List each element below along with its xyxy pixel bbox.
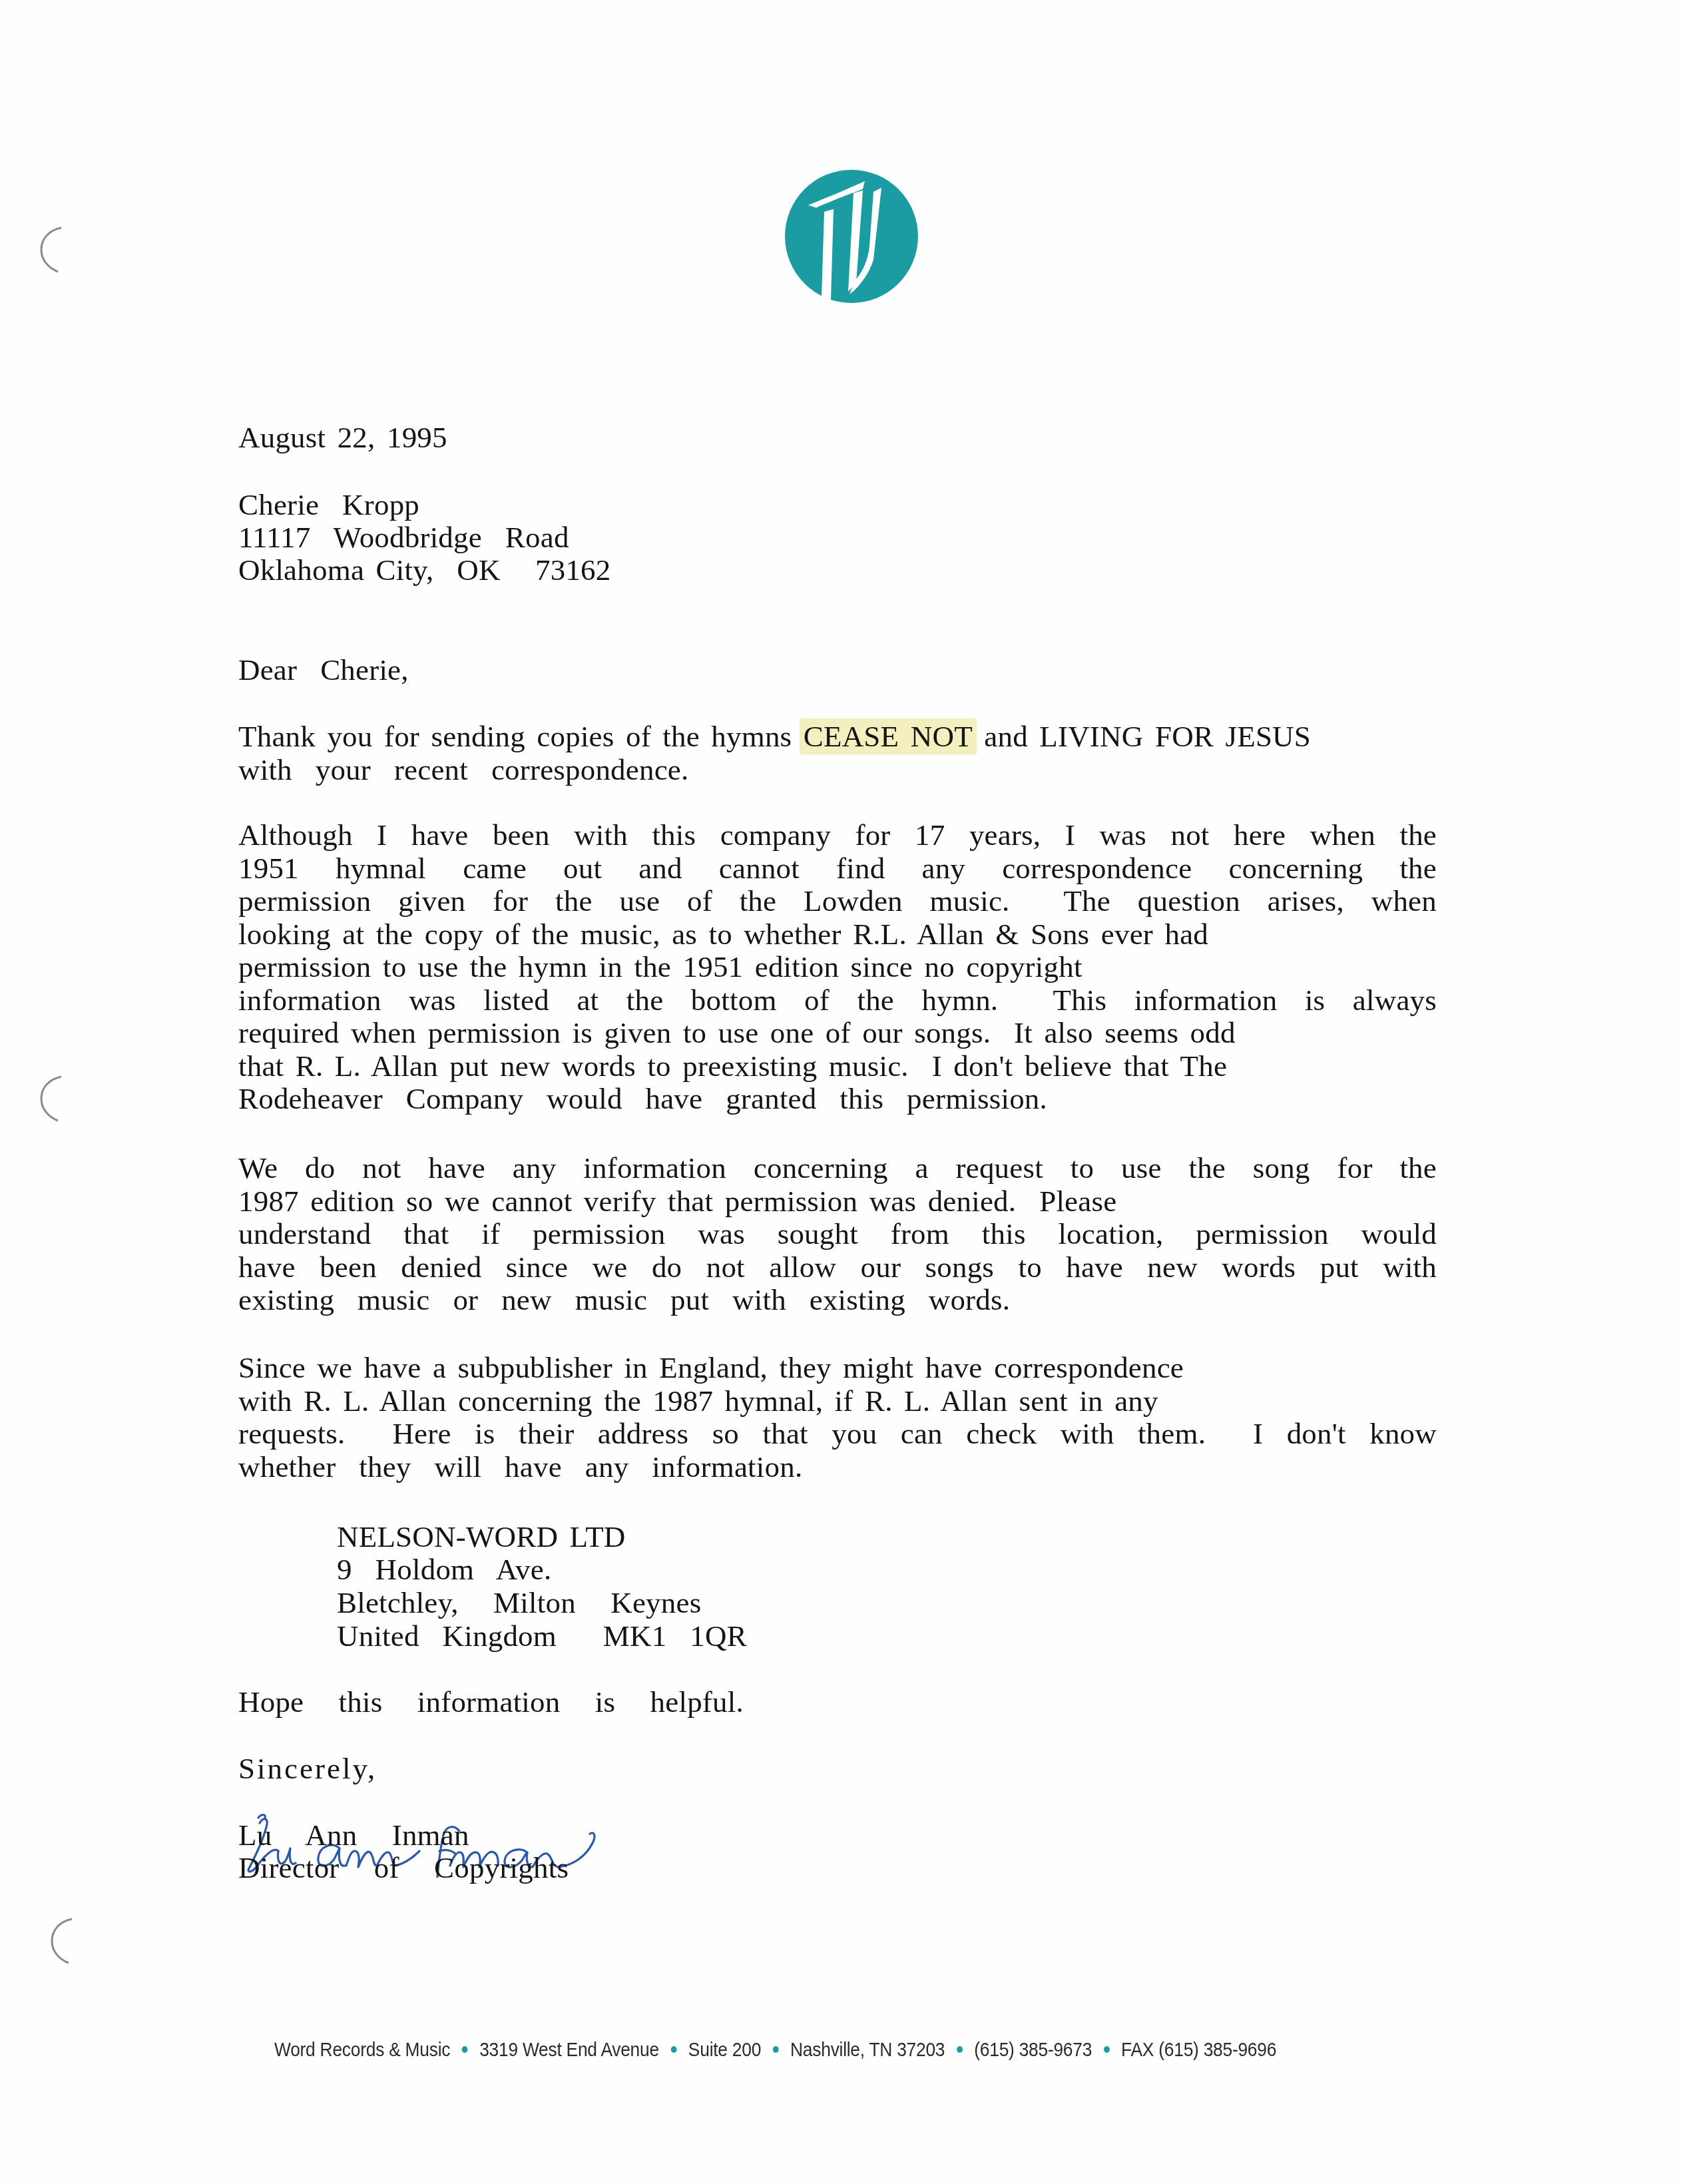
footer-city: Nashville, TN 37203 (790, 2039, 945, 2061)
subpublisher-country: United Kingdom MK1 1QR (337, 1619, 747, 1653)
letterhead-footer: Word Records & Music3319 West End Avenue… (274, 2039, 1276, 2061)
paragraph-1-line: Thank you for sending copies of the hymn… (238, 720, 1311, 753)
subpublisher-city: Bletchley, Milton Keynes (337, 1586, 701, 1619)
paragraph-3-line: existing music or new music put with exi… (238, 1283, 1010, 1316)
footer-street: 3319 West End Avenue (479, 2039, 659, 2061)
paragraph-2-line: permission given for the use of the Lowd… (238, 884, 1437, 918)
paragraph-2-line: permission to use the hymn in the 1951 e… (238, 950, 1082, 983)
salutation: Dear Cherie, (238, 653, 409, 686)
paragraph-2-line: 1951 hymnal came out and cannot find any… (238, 852, 1437, 885)
recipient-name: Cherie Kropp (238, 488, 419, 521)
bullet-dot-icon (1104, 2046, 1110, 2053)
paragraph-3-line: We do not have any information concernin… (238, 1151, 1437, 1185)
paragraph-2-line: required when permission is given to use… (238, 1016, 1236, 1049)
recipient-city: Oklahoma City, OK 73162 (238, 553, 611, 587)
recipient-street: 11117 Woodbridge Road (238, 521, 569, 554)
paragraph-2-line: Although I have been with this company f… (238, 818, 1437, 852)
bullet-dot-icon (462, 2046, 468, 2053)
paragraph-text: Thank you for sending copies of the hymn… (238, 720, 804, 753)
subpublisher-street: 9 Holdom Ave. (337, 1553, 551, 1586)
word-logo-icon (782, 166, 921, 306)
paragraph-3-line: have been denied since we do not allow o… (238, 1250, 1437, 1284)
paragraph-1-line: with your recent correspondence. (238, 753, 689, 786)
punch-hole-mark (39, 1911, 85, 1971)
paragraph-3-line: 1987 edition so we cannot verify that pe… (238, 1185, 1116, 1218)
letter-page: August 22, 1995 Cherie Kropp 11117 Woodb… (0, 0, 1683, 2184)
paragraph-2-line: Rodeheaver Company would have granted th… (238, 1082, 1047, 1115)
signer-title: Director of Copyrights (238, 1851, 569, 1884)
paragraph-2-line: information was listed at the bottom of … (238, 983, 1437, 1017)
letter-date: August 22, 1995 (238, 421, 447, 454)
paragraph-4-line: whether they will have any information. (238, 1450, 802, 1484)
footer-suite: Suite 200 (688, 2039, 761, 2061)
bullet-dot-icon (773, 2046, 779, 2053)
footer-phone: (615) 385-9673 (974, 2039, 1092, 2061)
paragraph-2-line: looking at the copy of the music, as to … (238, 918, 1208, 951)
footer-fax: FAX (615) 385-9696 (1121, 2039, 1276, 2061)
paragraph-4-line: with R. L. Allan concerning the 1987 hym… (238, 1384, 1158, 1418)
paragraph-3-line: understand that if permission was sought… (238, 1217, 1437, 1250)
paragraph-text: and LIVING FOR JESUS (973, 720, 1311, 753)
paragraph-4-line: requests. Here is their address so that … (238, 1417, 1437, 1450)
paragraph-2-line: that R. L. Allan put new words to preexi… (238, 1049, 1227, 1083)
bullet-dot-icon (670, 2046, 676, 2053)
footer-company: Word Records & Music (274, 2039, 450, 2061)
signer-name: Lu Ann Inman (238, 1818, 469, 1852)
subpublisher-company: NELSON-WORD LTD (337, 1520, 626, 1553)
punch-hole-mark (28, 1069, 75, 1129)
closing-remark: Hope this information is helpful. (238, 1685, 744, 1719)
paragraph-4-line: Since we have a subpublisher in England,… (238, 1351, 1184, 1384)
punch-hole-mark (28, 220, 75, 280)
closing: Sincerely, (238, 1752, 377, 1785)
bullet-dot-icon (957, 2046, 963, 2053)
highlighted-hymn-title: CEASE NOT (800, 718, 977, 754)
